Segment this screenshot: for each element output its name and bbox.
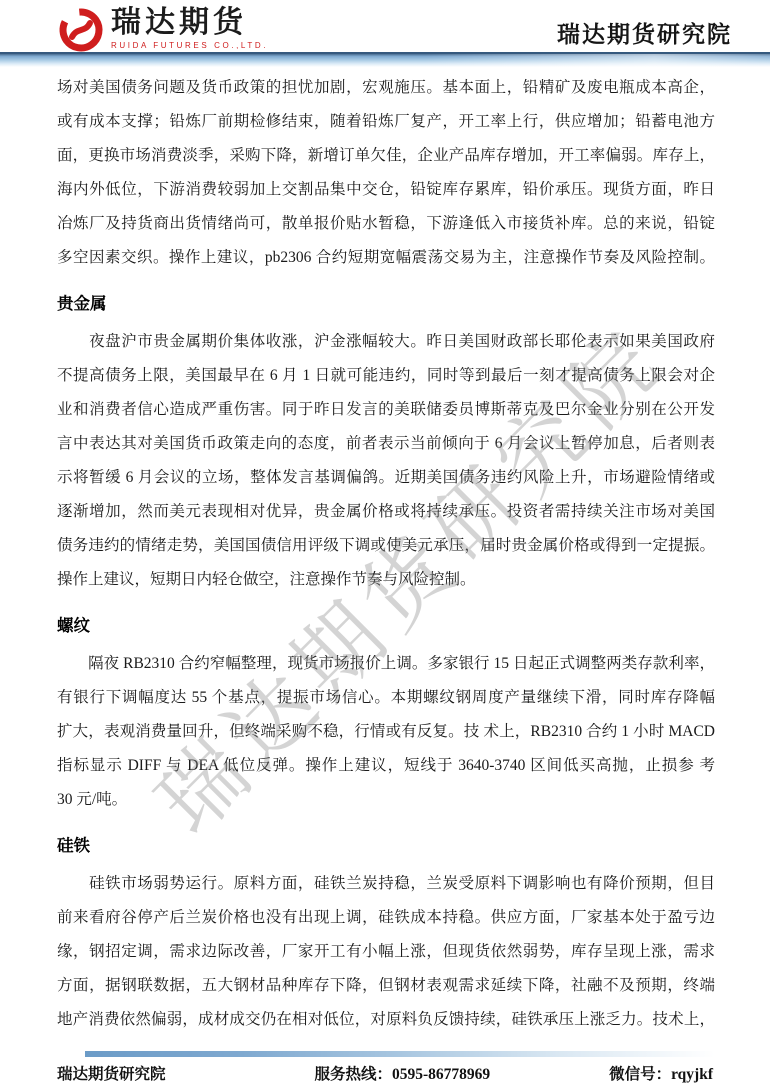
page-footer: 瑞达期货研究院 服务热线：0595-86778969 微信号：rqyjkf	[57, 1060, 713, 1086]
header-divider-band	[0, 52, 770, 67]
text-line: 面，更换市场消费淡季，采购下降，新增订单欠佳，企业产品库存增加，开工率偏弱。库存…	[57, 139, 715, 173]
text-line: 海内外低位，下游消费较弱加上交割品集中交仓，铅锭库存累库，铅价承压。现货方面，昨…	[57, 173, 715, 207]
text-line: 多空因素交织。操作上建议，pb2306 合约短期宽幅震荡交易为主，注意操作节奏及…	[57, 241, 715, 275]
paragraph: 隔夜 RB2310 合约窄幅整理，现货市场报价上调。多家银行 15 日起正式调整…	[57, 647, 715, 817]
footer-wechat: 微信号：rqyjkf	[609, 1062, 713, 1084]
text-line: 前来看府谷停产后兰炭价格也没有出现上调，硅铁成本持稳。供应方面，厂家基本处于盈亏…	[57, 901, 715, 935]
logo-brand-en: RUIDA FUTURES CO.,LTD.	[111, 41, 268, 51]
text-line: 场对美国债务问题及货币政策的担忧加剧，宏观施压。基本面上，铅精矿及废电瓶成本高企…	[57, 71, 715, 105]
text-line: 指标显示 DIFF 与 DEA 低位反弹。操作上建议，短线于 3640-3740…	[57, 749, 715, 783]
text-line: 示将暂缓 6 月会议的立场，整体发言基调偏鸽。近期美国债务违约风险上升，市场避险…	[57, 461, 715, 495]
text-line: 言中表达其对美国货币政策走向的态度，前者表示当前倾向于 6 月会议上暂停加息，后…	[57, 427, 715, 461]
company-logo: 瑞达期货 RUIDA FUTURES CO.,LTD.	[57, 6, 268, 54]
footer-institute: 瑞达期货研究院	[57, 1062, 166, 1084]
footer-hotline: 服务热线：0595-86778969	[314, 1062, 490, 1084]
page-title: 瑞达期货研究院	[557, 16, 732, 49]
text-line: 债务违约的情绪走势，美国国债信用评级下调或使美元承压，届时贵金属价格或得到一定提…	[57, 529, 715, 563]
footer-divider-band	[85, 1051, 715, 1057]
text-line: 或有成本支撑；铅炼厂前期检修结束，随着铅炼厂复产，开工率上行，供应增加；铅蓄电池…	[57, 105, 715, 139]
text-line: 业和消费者信心造成严重伤害。同于昨日发言的美联储委员博斯蒂克及巴尔金业分别在公开…	[57, 393, 715, 427]
text-line: 隔夜 RB2310 合约窄幅整理，现货市场报价上调。多家银行 15 日起正式调整…	[57, 647, 715, 681]
paragraph: 硅铁市场弱势运行。原料方面，硅铁兰炭持稳，兰炭受原料下调影响也有降价预期，但目前…	[57, 867, 715, 1037]
text-line: 扩大，表观消费量回升，但终端采购不稳，行情或有反复。技 术上，RB2310 合约…	[57, 715, 715, 749]
text-line: 30 元/吨。	[57, 783, 715, 817]
text-line: 地产消费依然偏弱，成材成交仍在相对低位，对原料负反馈持续，硅铁承压上涨乏力。技术…	[57, 1003, 715, 1037]
text-line: 操作上建议，短期日内轻仓做空，注意操作节奏与风险控制。	[57, 563, 715, 597]
paragraph: 夜盘沪市贵金属期价集体收涨，沪金涨幅较大。昨日美国财政部长耶伦表示如果美国政府不…	[57, 325, 715, 597]
section-heading: 螺纹	[57, 615, 715, 637]
text-line: 不提高债务上限，美国最早在 6 月 1 日就可能违约，同时等到最后一刻才提高债务…	[57, 359, 715, 393]
text-line: 方面，据钢联数据，五大钢材品种库存下降，但钢材表观需求延续下降，社融不及预期，终…	[57, 969, 715, 1003]
text-line: 有银行下调幅度达 55 个基点，提振市场信心。本期螺纹钢周度产量继续下滑，同时库…	[57, 681, 715, 715]
paragraph: 场对美国债务问题及货币政策的担忧加剧，宏观施压。基本面上，铅精矿及废电瓶成本高企…	[57, 71, 715, 275]
logo-brand-cn: 瑞达期货	[111, 6, 268, 40]
text-line: 缘，钢招定调，需求边际改善，厂家开工有小幅上涨，但现货依然弱势，库存呈现上涨，需…	[57, 935, 715, 969]
section-heading: 贵金属	[57, 293, 715, 315]
text-line: 硅铁市场弱势运行。原料方面，硅铁兰炭持稳，兰炭受原料下调影响也有降价预期，但目	[57, 867, 715, 901]
document-body: 场对美国债务问题及货币政策的担忧加剧，宏观施压。基本面上，铅精矿及废电瓶成本高企…	[57, 71, 715, 1037]
ruida-logo-icon	[57, 6, 105, 54]
text-line: 逐渐增加，然而美元表现相对优异，贵金属价格或将持续承压。投资者需持续关注市场对美…	[57, 495, 715, 529]
logo-text: 瑞达期货 RUIDA FUTURES CO.,LTD.	[111, 6, 268, 51]
page-header: 瑞达期货 RUIDA FUTURES CO.,LTD. 瑞达期货研究院	[0, 0, 770, 52]
section-heading: 硅铁	[57, 835, 715, 857]
text-line: 冶炼厂及持货商出货情绪尚可，散单报价贴水暂稳，下游逢低入市接货补库。总的来说，铅…	[57, 207, 715, 241]
text-line: 夜盘沪市贵金属期价集体收涨，沪金涨幅较大。昨日美国财政部长耶伦表示如果美国政府	[57, 325, 715, 359]
